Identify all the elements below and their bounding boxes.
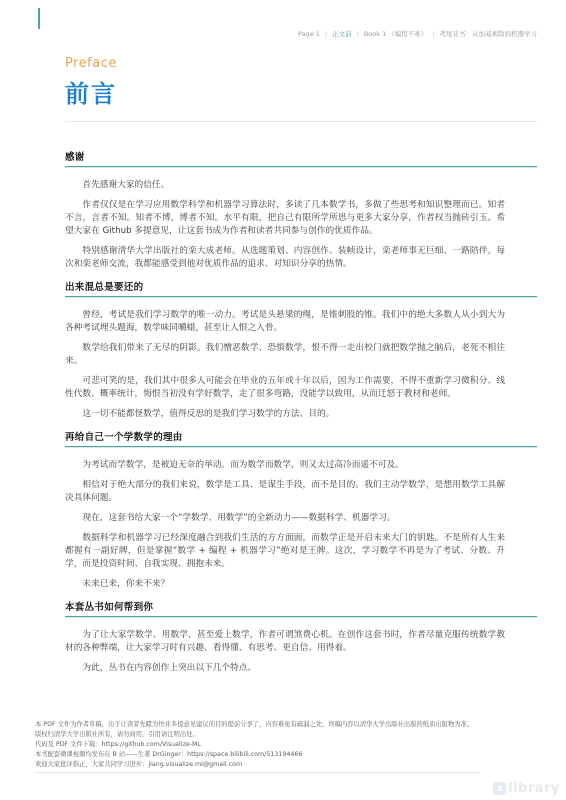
header-separator: | — [432, 30, 434, 38]
zlibrary-watermark: z library — [493, 781, 560, 796]
paragraph: 相信对于绝大部分的我们来说，数学是工具、是谋生手段，而不是目的。我们主动学数学，… — [65, 479, 505, 505]
page-content: Preface 前言 感谢 首先感谢大家的信任。 作者仅仅是在学习应用数学科学和… — [0, 0, 566, 675]
footnote-line: 本 PDF 文件为作者草稿，出于让读者先睹为快并多提意见建议的目的提前分享了，内… — [35, 721, 480, 730]
header-separator: | — [357, 30, 359, 38]
section-thanks: 感谢 首先感谢大家的信任。 作者仅仅是在学习应用数学科学和机器学习算法时，多读了… — [65, 149, 537, 271]
paragraph: 曾经，考试是我们学习数学的唯一动力。考试是头悬梁的绳，是锥刺股的锥。我们中的绝大… — [65, 309, 505, 335]
header-separator: | — [325, 30, 327, 38]
paragraph: 数学给我们带来了无尽的阴影。我们憎恶数学、恐惧数学，恨不得一走出校门就把数学抛之… — [65, 342, 505, 368]
zlibrary-label: library — [508, 781, 560, 796]
paragraph: 特别感谢清华大学出版社的栾大成老师。从选题策划、内容创作、装帧设计，栾老师事无巨… — [65, 245, 505, 271]
preface-title-en: Preface — [65, 56, 537, 71]
paragraph: 现在，这套书给大家一个“学数学、用数学”的全新动力——数据科学、机器学习。 — [65, 512, 505, 525]
zlibrary-icon: z — [493, 782, 506, 795]
section-divider — [65, 296, 537, 297]
paragraph: 为此，丛书在内容创作上突出以下几个特点。 — [65, 662, 505, 675]
paragraph: 为考试而学数学，是被迫无奈的举动。而为数学而数学，则又太过高冷而遥不可及。 — [65, 459, 505, 472]
page-title: 前言 — [65, 74, 537, 109]
paragraph: 为了让大家学数学、用数学，甚至爱上数学，作者可谓煞费心机。在创作这套书时，作者尽… — [65, 629, 505, 655]
section-divider — [65, 616, 537, 617]
page-margin-tick — [38, 8, 40, 29]
paragraph: 数据科学和机器学习已经深度融合到我们生活的方方面面，而数学正是开启未来大门的钥匙… — [65, 532, 505, 571]
section-reason-to-learn: 再给自己一个学数学的理由 为考试而学数学，是被迫无奈的举动。而为数学而数学，则又… — [65, 429, 537, 591]
paragraph: 未来已来，你来不来？ — [65, 578, 505, 591]
footnote-line: 版权归清华大学出版社所有，请勿商用，引用请注明出处。 — [35, 731, 480, 740]
footnote-download-link: 代码及 PDF 文件下载：https://github.com/Visualiz… — [35, 741, 480, 750]
header-section-label: 正文前 — [332, 29, 352, 38]
pdf-page: Page 1 | 正文前 | Book 1 《编程不难》 | 鸢尾花书：从加减乘… — [0, 0, 566, 800]
section-heading: 再给自己一个学数学的理由 — [65, 429, 537, 443]
title-divider — [65, 121, 537, 122]
footnote-contact-email: 欢迎大家批评指正，大家共同学习进步：jiang.visualize.ml@gma… — [35, 761, 480, 770]
section-divider — [65, 446, 537, 447]
header-series-label: 鸢尾花书：从加减乘除到机器学习 — [440, 29, 538, 38]
header-book-label: Book 1 《编程不难》 — [364, 29, 427, 38]
footnote-divider — [35, 772, 480, 773]
footnote-block: 本 PDF 文件为作者草稿，出于让读者先睹为快并多提意见建议的目的提前分享了，内… — [35, 721, 480, 771]
footnote-video-link: 本书配套微课视频均发布在 B 站——生姜 DrGinger：https://sp… — [35, 751, 480, 760]
paragraph: 作者仅仅是在学习应用数学科学和机器学习算法时，多读了几本数学书，多做了些思考和知… — [65, 199, 505, 238]
section-heading: 本套丛书如何帮到你 — [65, 599, 537, 613]
paragraph: 这一切不能都怪数学，值得反思的是我们学习数学的方法、目的。 — [65, 408, 505, 421]
section-how-books-help: 本套丛书如何帮到你 为了让大家学数学、用数学，甚至爱上数学，作者可谓煞费心机。在… — [65, 599, 537, 675]
section-heading: 出来混总是要还的 — [65, 279, 537, 293]
section-heading: 感谢 — [65, 149, 537, 163]
section-divider — [65, 166, 537, 167]
running-header: Page 1 | 正文前 | Book 1 《编程不难》 | 鸢尾花书：从加减乘… — [65, 29, 537, 38]
paragraph: 可悲可笑的是，我们其中很多人可能会在毕业的五年或十年以后，因为工作需要，不得不重… — [65, 375, 505, 401]
section-payback: 出来混总是要还的 曾经，考试是我们学习数学的唯一动力。考试是头悬梁的绳，是锥刺股… — [65, 279, 537, 421]
paragraph: 首先感谢大家的信任。 — [65, 179, 505, 192]
header-page-number: Page 1 — [298, 30, 320, 38]
